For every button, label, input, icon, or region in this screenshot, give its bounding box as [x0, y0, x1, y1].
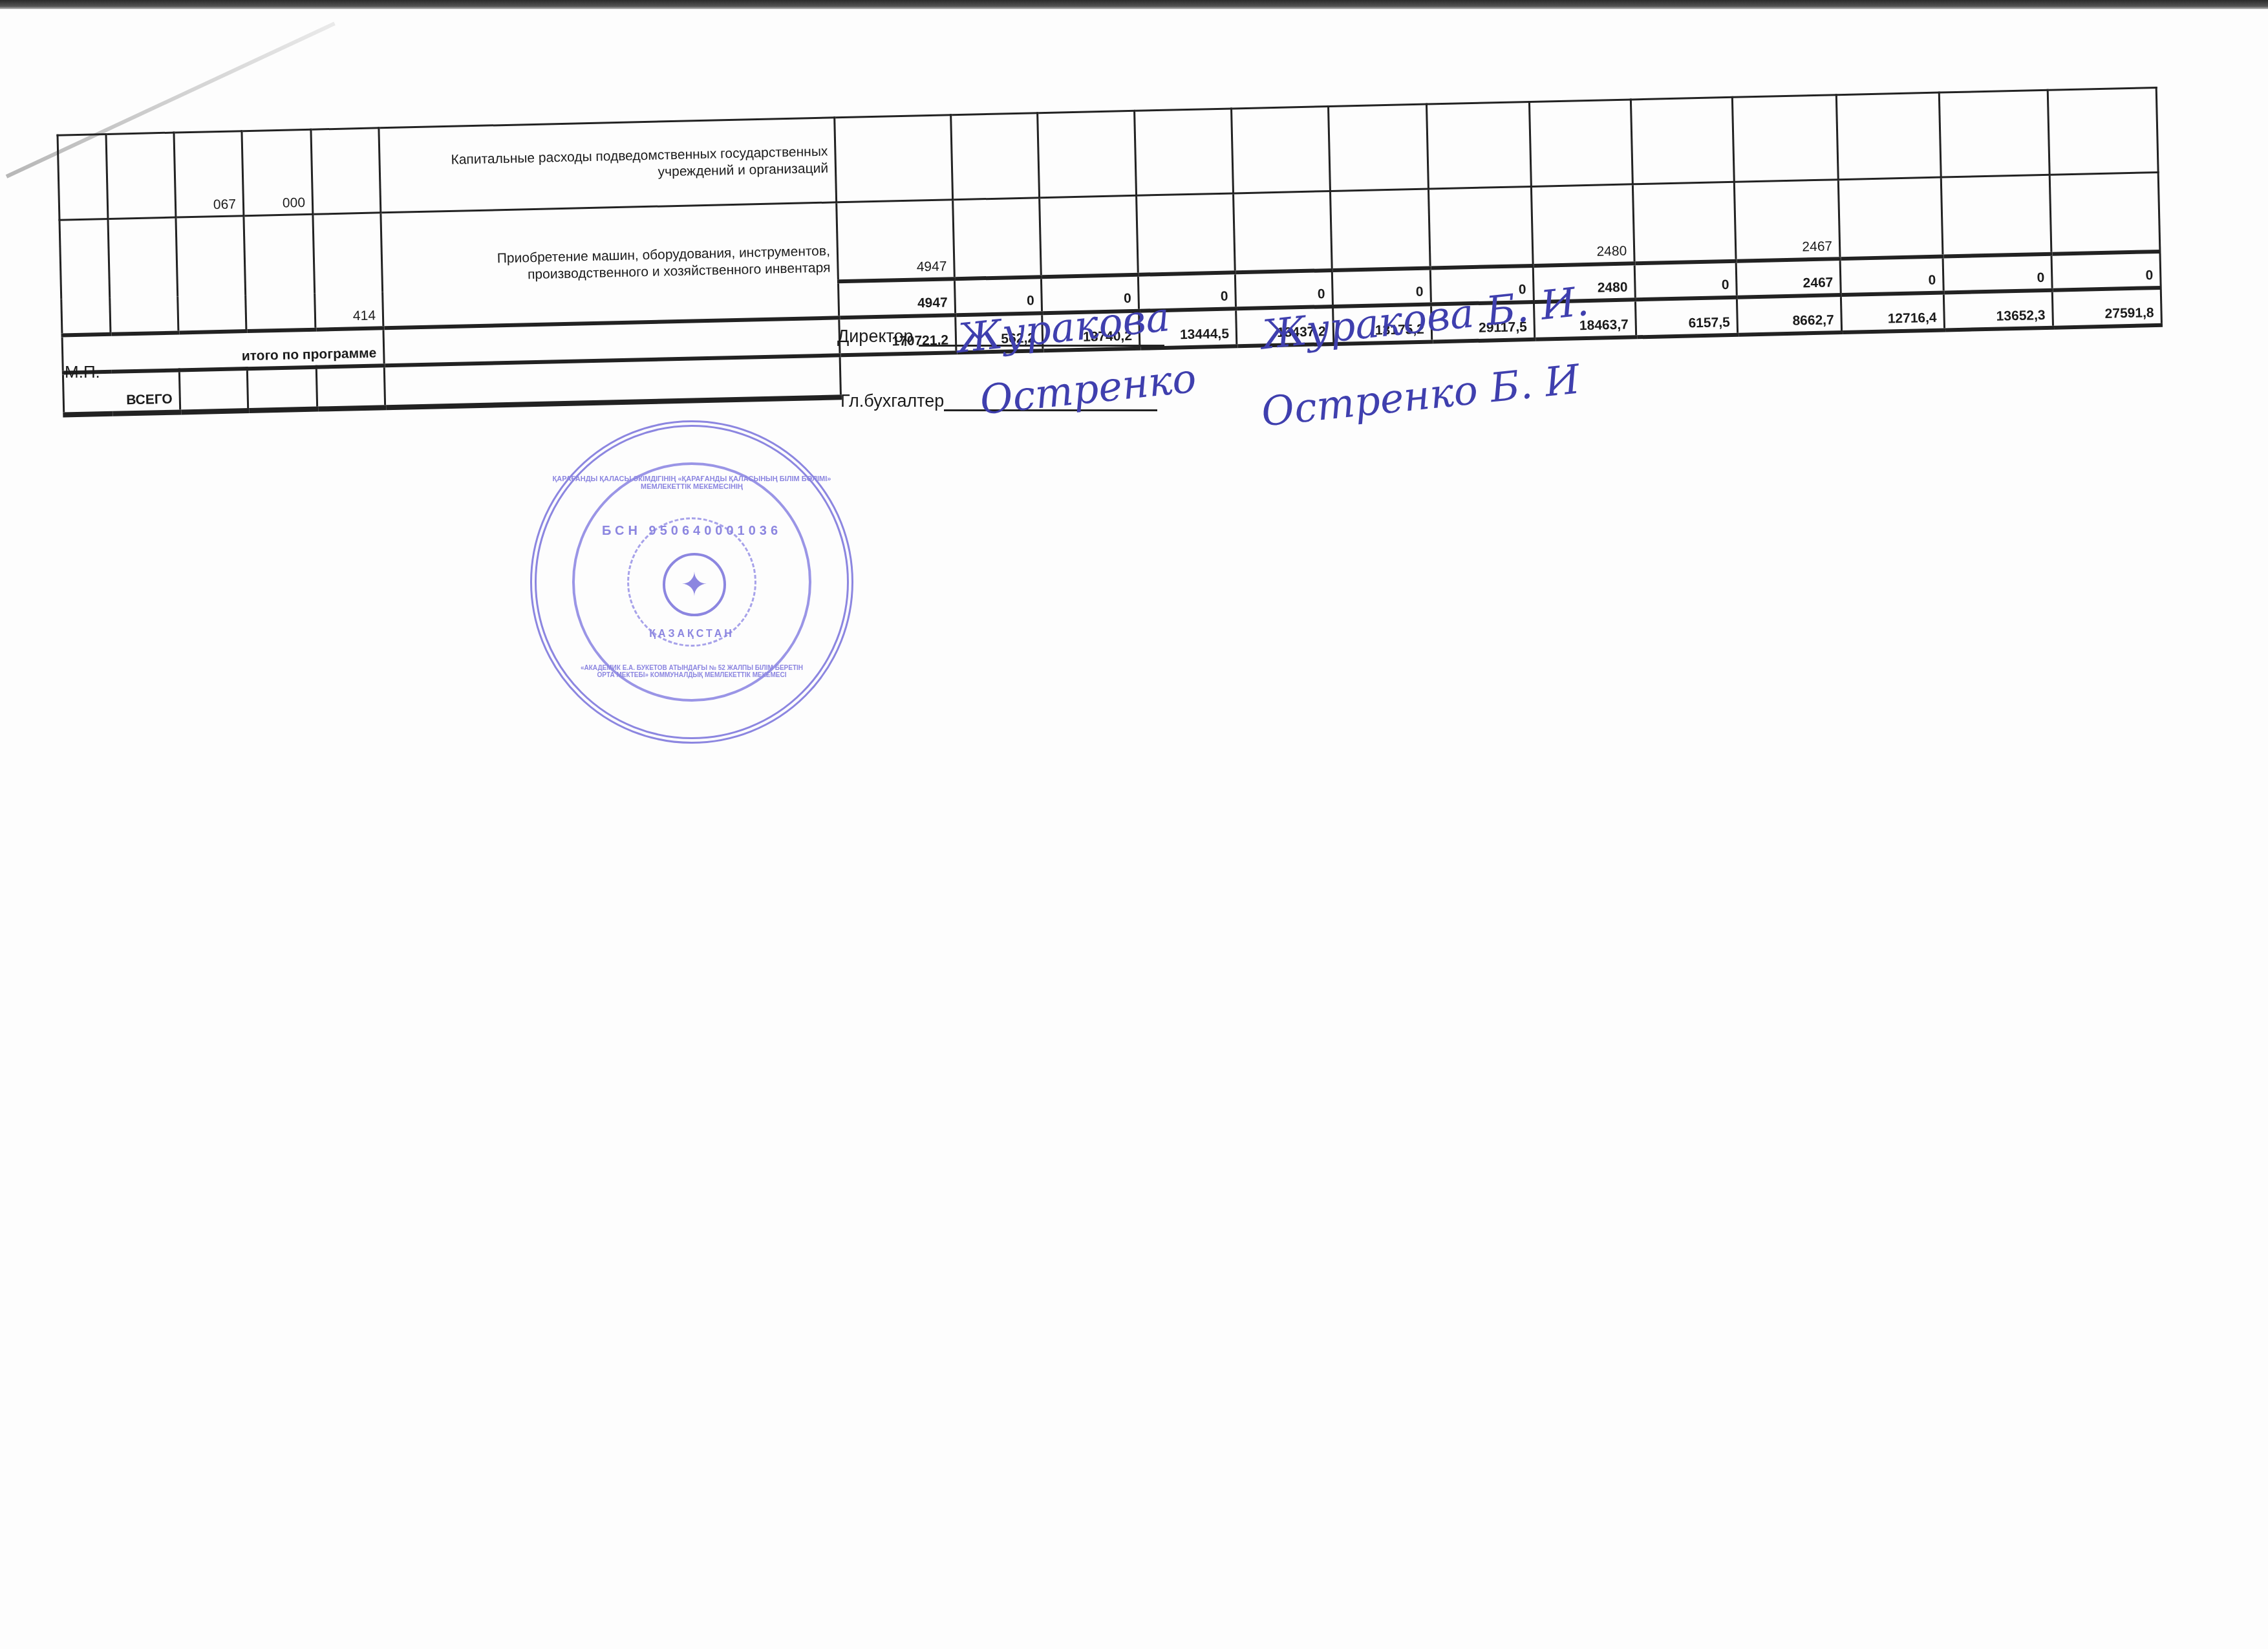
stamp-emblem-text: ҚАЗАҚСТАН: [537, 629, 847, 640]
total-cell: 27591,8: [2052, 288, 2161, 328]
value-cell: [2049, 172, 2160, 253]
value-cell: [1732, 95, 1838, 182]
code-cell: [176, 216, 246, 333]
value-cell: 0: [1235, 270, 1332, 308]
value-cell: [1040, 195, 1139, 277]
value-cell: [1137, 193, 1236, 275]
value-cell: [1234, 191, 1332, 273]
value-cell: [2048, 87, 2158, 175]
value-cell: 2480: [1531, 184, 1634, 266]
value-cell: [1329, 104, 1429, 191]
subprogram-code: 000: [242, 129, 313, 215]
value-cell: 2467: [1736, 259, 1841, 297]
value-cell: [1038, 111, 1137, 197]
value-cell: [953, 198, 1042, 279]
value-cell: [951, 113, 1040, 200]
code-cell: [58, 134, 108, 220]
program-code: 067: [174, 131, 244, 217]
specifics-code: 414: [313, 213, 383, 330]
row-description: Приобретение машин, оборудования, инстру…: [381, 202, 839, 328]
value-cell: 4947: [837, 200, 955, 282]
emblem-icon: ✦: [663, 553, 726, 616]
value-cell: [1836, 92, 1941, 180]
value-cell: [1426, 102, 1531, 189]
empty-cell: [247, 367, 317, 411]
value-cell: [1529, 100, 1632, 187]
code-cell: [244, 214, 316, 331]
value-cell: 0: [2051, 252, 2161, 290]
value-cell: [1838, 177, 1943, 259]
value-cell: [1330, 189, 1430, 270]
director-label: Директор: [837, 327, 914, 346]
value-cell: [835, 115, 953, 202]
empty-cell: [179, 369, 248, 412]
value-cell: 0: [1634, 261, 1737, 300]
value-cell: [1941, 175, 2051, 256]
row-description: Капитальные расходы подведомственных гос…: [379, 118, 837, 213]
code-cell: [106, 133, 176, 219]
value-cell: [1232, 107, 1331, 193]
value-cell: 4947: [838, 279, 955, 318]
stamp-inner-text: «АКАДЕМИК Е.А. БУКЕТОВ АТЫНДАҒЫ № 52 ЖАЛ…: [537, 665, 847, 679]
accountant-label: Гл.бухгалтер: [840, 391, 944, 411]
document-page: 067 000 Капитальные расходы подведомстве…: [0, 0, 2268, 414]
total-cell: 13652,3: [1943, 290, 2053, 330]
value-cell: [1135, 109, 1234, 195]
value-cell: [1428, 186, 1533, 268]
value-cell: 0: [1943, 254, 2052, 293]
total-cell: 12716,4: [1841, 293, 1944, 333]
stamp-bin: БСН 950640001036: [537, 524, 847, 539]
total-cell: 6157,5: [1635, 297, 1737, 338]
value-cell: 2467: [1734, 180, 1840, 261]
official-stamp: ✦ ҚАРАҒАНДЫ ҚАЛАСЫ ӘКІМДІГІНІҢ «ҚАРАҒАНД…: [530, 420, 853, 744]
stamp-outer-text: ҚАРАҒАНДЫ ҚАЛАСЫ ӘКІМДІГІНІҢ «ҚАРАҒАНДЫ …: [537, 475, 847, 491]
empty-cell: [316, 365, 385, 409]
value-cell: [1939, 90, 2049, 177]
value-cell: 0: [1840, 257, 1943, 296]
specifics-code: [311, 128, 381, 214]
code-cell: [59, 219, 111, 335]
value-cell: [1632, 182, 1736, 263]
total-cell: 8662,7: [1737, 295, 1841, 335]
value-cell: [1631, 97, 1734, 184]
code-cell: [108, 217, 178, 334]
seal-place-label: М.П.: [65, 362, 100, 382]
